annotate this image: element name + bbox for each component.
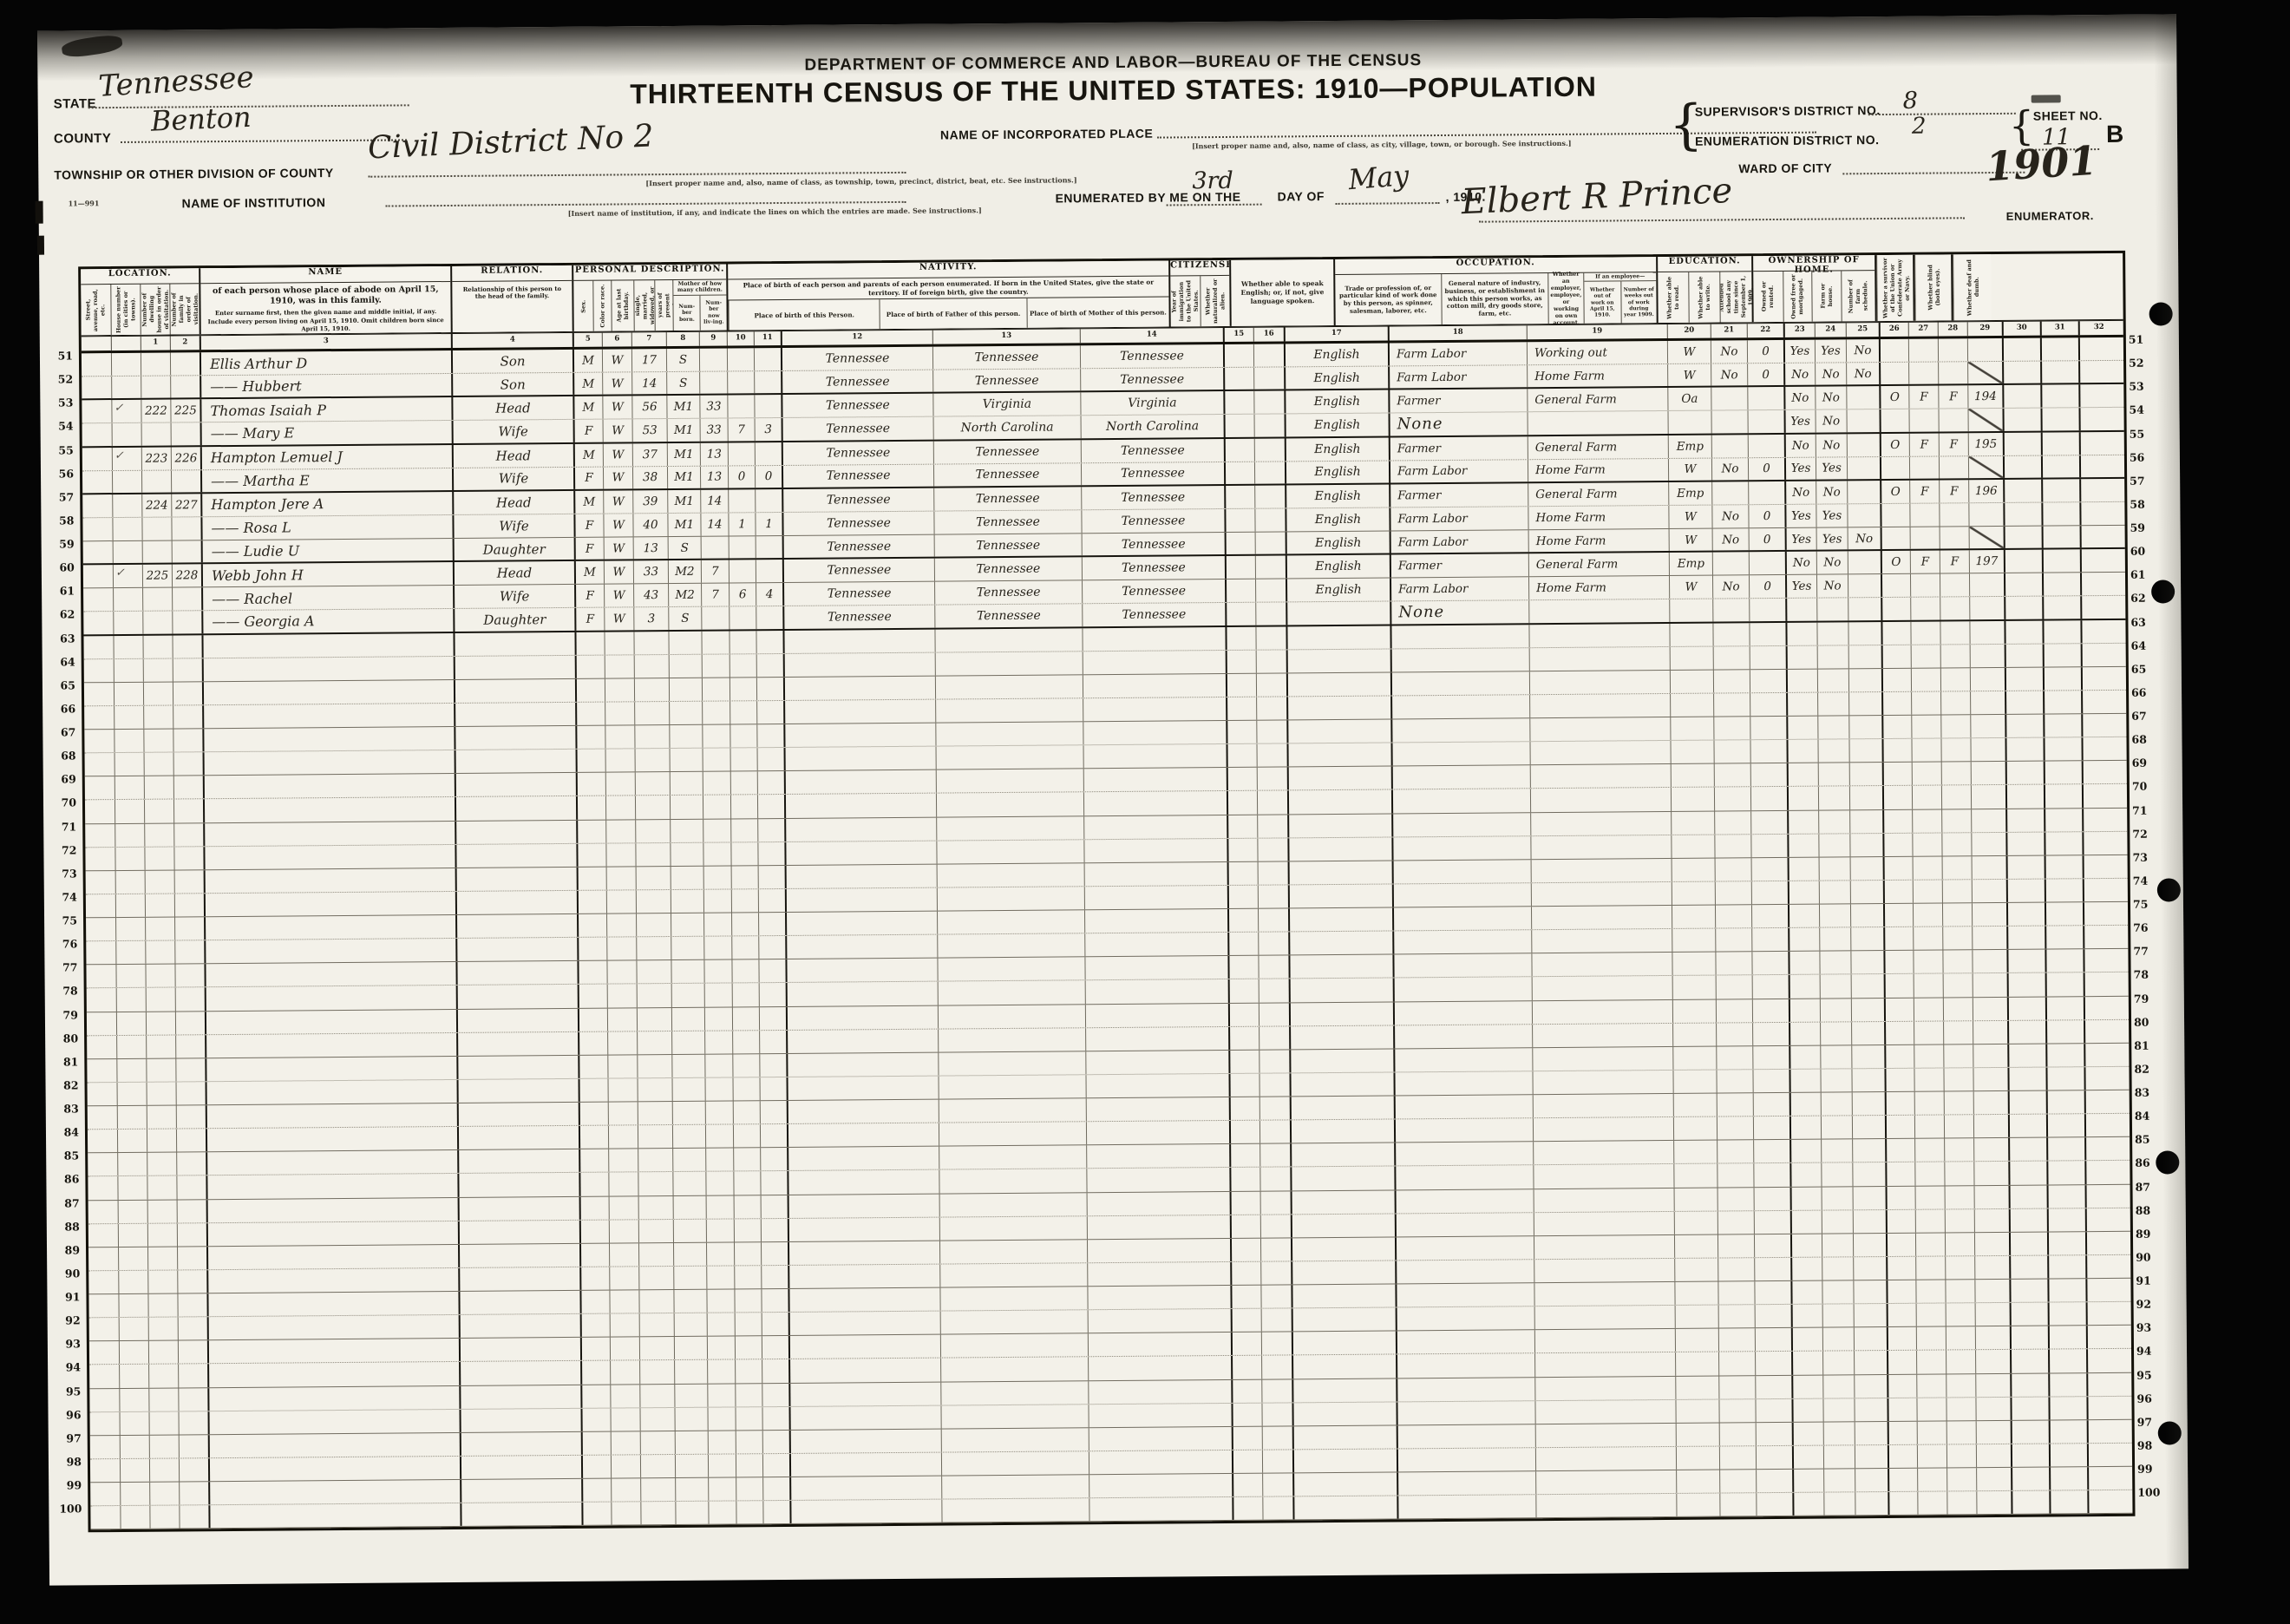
out_of_work-cell [1711, 435, 1748, 457]
line-number: 60 [50, 561, 76, 585]
enumerator-label: ENUMERATOR. [2006, 209, 2094, 223]
birth_self-cell [785, 887, 937, 911]
age-cell [634, 725, 669, 748]
group-body: of each person whose place of abode on A… [200, 282, 450, 334]
group-body: Whether able to read.Whether able to wri… [1658, 272, 1751, 323]
deaf-cell [2079, 455, 2119, 477]
children_living-cell [757, 795, 784, 817]
weeks_out-cell [1752, 1046, 1789, 1069]
birth_father-cell [937, 887, 1084, 910]
handwritten-value: 14 [642, 377, 657, 390]
header-group-ownership-of-home: OWNERSHIP OF HOME.Owned or rented.Owned … [1751, 255, 1875, 322]
survivor-cell [2005, 809, 2044, 831]
children_born-cell [730, 654, 756, 677]
relation-cell [454, 655, 575, 678]
farm_schedule-cell [1969, 620, 2004, 643]
birth_mother-cell [1083, 697, 1226, 721]
survivor-cell [2003, 432, 2041, 455]
age-cell [638, 1078, 672, 1101]
birth_father-column-header: Place of birth of Father of this person. [880, 298, 1027, 329]
line-number: 62 [50, 608, 76, 632]
naturalized-cell [1261, 1403, 1292, 1425]
yrs_married-cell [706, 1242, 734, 1265]
dwelling-cell [149, 1435, 179, 1457]
color-cell [606, 961, 636, 984]
age-cell [639, 1313, 674, 1336]
weeks_out-cell [1749, 599, 1785, 620]
employer-cell [1672, 1046, 1716, 1070]
employer-cell [1671, 835, 1714, 858]
street-cell [90, 1436, 120, 1458]
handwritten-value: North Carolina [1106, 419, 1199, 434]
age-cell: 17 [631, 349, 666, 371]
naturalized-cell [1255, 603, 1286, 625]
line-number: 95 [2133, 1368, 2159, 1392]
write-cell [1818, 787, 1849, 809]
street-cell [82, 400, 111, 422]
read-cell: No [1784, 434, 1816, 456]
line-number: 55 [49, 443, 75, 467]
yrs_married-cell [708, 1477, 736, 1500]
write-cell [1822, 1304, 1854, 1326]
english-cell [1287, 790, 1391, 814]
children_living-cell [761, 1289, 788, 1312]
home_free-column-header: Owned free or mortgaged. [1783, 272, 1812, 322]
weeks_out-cell [1755, 1328, 1791, 1351]
deaf-cell [2078, 337, 2118, 360]
home_free-cell [1913, 856, 1942, 879]
birth_father-cell [939, 1263, 1087, 1287]
dwelling-cell [144, 776, 173, 799]
relation-cell: Head [451, 396, 572, 420]
farm_house-cell: F [1939, 480, 1968, 502]
name-cell [208, 1503, 460, 1528]
deaf-column-header: Whether deaf and dumb. [1953, 254, 1993, 320]
group-label: OWNERSHIP OF HOME. [1753, 255, 1875, 272]
farm_house-cell [1942, 927, 1972, 949]
line-number: 91 [2132, 1274, 2158, 1298]
farm_schedule-cell [1974, 1280, 2009, 1302]
home_owned-cell [1884, 1045, 1914, 1068]
street-cell [87, 1059, 116, 1082]
handwritten-value: 4 [766, 587, 774, 601]
house-cell [115, 965, 145, 987]
write-cell [1822, 1234, 1853, 1256]
sex-cell [579, 1103, 608, 1125]
group-label: NAME [200, 266, 450, 284]
children_living-cell [760, 1124, 787, 1147]
color-cell [606, 890, 636, 913]
weeks_out-cell [1751, 858, 1788, 881]
street-cell [90, 1483, 120, 1505]
nativity-cols: Place of birth of this Person.Place of b… [728, 297, 1168, 330]
birth_self-cell [789, 1500, 941, 1523]
school-cell [1849, 786, 1882, 809]
read-cell [1785, 599, 1816, 620]
farm_house-cell [1940, 645, 1970, 667]
dwelling-cell: 223 [141, 447, 171, 469]
handwritten-value: Tennessee [1122, 514, 1186, 528]
birth_self-cell [787, 1170, 939, 1194]
farm_house-cell: F [1940, 550, 1969, 573]
blind-cell [2043, 691, 2081, 713]
birth_mother-cell [1083, 721, 1226, 744]
header-group-nativity: NATIVITY.Place of birth of each person a… [726, 260, 1169, 330]
birth_mother-cell: North Carolina [1081, 415, 1224, 437]
relation-cell [459, 1314, 580, 1338]
home_owned-cell: O [1880, 481, 1909, 503]
immigration-cell [1230, 1238, 1260, 1261]
color-cell [605, 843, 635, 866]
handwritten-value: Farmer [1397, 442, 1441, 455]
naturalized-cell [1259, 1003, 1289, 1025]
line-number: 60 [2127, 545, 2153, 568]
punch-hole [2156, 1150, 2179, 1174]
english-column-header: Whether able to speak English; or, if no… [1231, 259, 1334, 326]
handwritten-value: F [586, 541, 594, 555]
write-cell: Yes [1816, 504, 1847, 527]
trade-cell [1393, 1001, 1532, 1025]
house-cell [116, 1035, 146, 1058]
school-cell [1855, 1445, 1888, 1468]
marital-cell [675, 1478, 708, 1501]
home_free-cell [1916, 1351, 1946, 1373]
read-cell [1791, 1305, 1822, 1327]
name-cell: —— Ludie U [201, 539, 453, 562]
naturalized-cell [1257, 791, 1287, 814]
handwritten-value: Wife [500, 589, 530, 605]
children_living-cell [760, 1148, 787, 1170]
industry-cell [1528, 411, 1668, 434]
farm_schedule-cell [1973, 1021, 2007, 1044]
blind-cell [2044, 761, 2082, 783]
immigration-cell [1227, 886, 1258, 908]
out_of_work-cell [1714, 763, 1750, 786]
street-cell [86, 894, 115, 917]
weeks_out-cell: 0 [1747, 340, 1783, 363]
handwritten-value: North Carolina [961, 420, 1054, 435]
home_free-cell [1914, 1068, 1943, 1090]
children_living-cell [758, 936, 785, 959]
blind-cell [2044, 832, 2082, 855]
naturalized-cell [1257, 838, 1287, 861]
english-cell [1292, 1472, 1397, 1496]
handwritten-value: 0 [765, 469, 773, 483]
blind-column-desc: Whether blind (both eyes). [1927, 256, 1941, 318]
out_of_work-cell [1717, 1116, 1753, 1139]
handwritten-value: S [679, 353, 687, 367]
age-cell [637, 1055, 671, 1077]
immigration-cell [1225, 533, 1255, 554]
farm_house-cell [1943, 1044, 1973, 1067]
children_born-column-header: Num-ber born. [673, 296, 700, 331]
school-cell [1851, 1069, 1884, 1091]
street-cell [83, 636, 113, 658]
handwritten-value: M1 [674, 494, 694, 508]
farm_house-cell [1946, 1398, 1975, 1420]
blind-cell [2047, 1279, 2085, 1301]
yrs_married-cell [701, 631, 729, 653]
farm_schedule-cell [1968, 456, 2003, 478]
trade-cell [1394, 1142, 1533, 1165]
write-cell [1822, 1375, 1854, 1398]
naturalized-cell [1255, 532, 1286, 553]
age-cell: 37 [632, 443, 667, 466]
immigration-cell [1223, 391, 1253, 414]
home_owned-cell [1882, 786, 1912, 809]
dwelling-cell [144, 753, 173, 776]
school-cell [1848, 551, 1881, 573]
birth_self-cell: Tennessee [781, 394, 932, 417]
family-cell [172, 635, 201, 658]
school-cell [1848, 622, 1881, 645]
yrs_married-cell [702, 654, 730, 677]
write-cell: No [1816, 575, 1848, 598]
write-cell [1820, 999, 1851, 1021]
farm_house-cell [1946, 1351, 1975, 1373]
handwritten-value: 33 [706, 400, 721, 414]
home_free-cell [1912, 786, 1941, 809]
birth_father-cell [940, 1358, 1088, 1381]
sex-cell [577, 938, 606, 960]
if-employee-label: If an employee— [1584, 272, 1656, 282]
yrs_married-cell: 33 [699, 396, 727, 418]
line-number: 93 [2133, 1321, 2159, 1345]
color-cell [607, 1031, 637, 1054]
read-cell [1791, 1375, 1822, 1398]
family-cell: 228 [172, 564, 201, 586]
industry-cell [1534, 1306, 1675, 1329]
handwritten-value: No [1824, 580, 1842, 593]
naturalized-cell [1261, 1379, 1292, 1402]
birth_mother-cell [1087, 1286, 1230, 1309]
house-cell [114, 658, 143, 681]
english-cell: English [1284, 390, 1388, 414]
survivor-cell [2007, 1044, 2045, 1066]
handwritten-value: Yes [1791, 532, 1811, 546]
out_of_work-cell: No [1711, 363, 1747, 385]
employer-cell [1676, 1494, 1719, 1517]
birth_father-cell [938, 1051, 1085, 1075]
punch-hole [2158, 1421, 2182, 1444]
handwritten-value: Head [495, 401, 531, 416]
farm_house-column-desc: Farm or house. [1819, 272, 1834, 319]
farm_schedule-cell [1968, 503, 2003, 526]
yrs_married-cell [703, 842, 730, 865]
write-cell [1821, 1092, 1852, 1115]
read-cell [1785, 622, 1816, 645]
survivor-cell [2006, 903, 2045, 926]
naturalized-cell [1262, 1450, 1292, 1472]
trade-cell [1397, 1424, 1535, 1448]
home_owned-cell [1886, 1234, 1915, 1256]
yrs_married-cell [706, 1289, 734, 1312]
family-cell [173, 823, 203, 846]
farm_house-cell [1938, 362, 1967, 383]
out_of_work-cell [1711, 481, 1748, 504]
deaf-cell [2085, 1279, 2125, 1301]
dwelling-cell: 224 [141, 494, 171, 516]
handwritten-value: Tennessee [827, 540, 891, 554]
sex-cell [577, 961, 606, 984]
name-cell [204, 868, 455, 893]
read-cell [1787, 834, 1818, 856]
farm_house-cell [1940, 527, 1969, 548]
employer-cell [1672, 953, 1715, 976]
handwritten-value: No [1855, 367, 1872, 381]
print-smudge [2032, 95, 2061, 102]
children_born-cell [727, 371, 754, 393]
survivor-cell [2009, 1232, 2047, 1254]
age-cell [639, 1384, 674, 1406]
write-cell [1817, 692, 1848, 715]
weeks_out-cell [1750, 693, 1786, 716]
dwelling-cell: 222 [141, 400, 170, 422]
children_born-cell: 0 [728, 466, 755, 488]
sex-cell [576, 820, 605, 842]
handwritten-value: 0 [1763, 580, 1771, 593]
deaf-cell [2083, 926, 2123, 948]
age-cell: 56 [631, 396, 666, 418]
dwelling-cell [145, 894, 174, 916]
deaf-cell [2084, 972, 2123, 995]
handwritten-value: General Farm [1535, 440, 1617, 455]
sex-cell [580, 1361, 610, 1384]
day-line [1167, 204, 1262, 206]
english-cell: English [1285, 507, 1389, 531]
birth_mother-cell [1087, 1239, 1230, 1262]
birth_father-cell [941, 1475, 1089, 1498]
age-cell: 43 [633, 584, 668, 606]
street-column-desc: Street, avenue, road, etc. [85, 286, 108, 333]
birth_self-cell [785, 935, 937, 959]
relation-cell [455, 914, 577, 938]
home_owned-cell [1886, 1280, 1915, 1303]
age-cell [636, 960, 671, 983]
handwritten-value: Farmer [1398, 559, 1442, 573]
home_owned-cell [1887, 1374, 1916, 1397]
house-cell [118, 1223, 147, 1246]
birth_self-cell [787, 1147, 939, 1170]
employer-cell [1674, 1211, 1717, 1234]
deaf-cell [2082, 831, 2122, 854]
survivor-cell [2007, 973, 2045, 996]
dwelling-cell [148, 1388, 178, 1411]
marital-cell [671, 890, 703, 913]
survivor-cell [2008, 1162, 2046, 1184]
age-cell: 39 [632, 490, 667, 513]
read-cell: Yes [1783, 410, 1815, 432]
deaf-cell [2084, 1067, 2123, 1090]
children_living-cell [759, 983, 786, 1005]
family-cell [173, 682, 202, 704]
line-number: 61 [50, 585, 76, 608]
immigration-cell [1225, 580, 1255, 602]
column-number [111, 337, 141, 350]
out_of_work-cell [1713, 740, 1750, 763]
home_owned-cell [1883, 857, 1913, 880]
deaf-cell [2087, 1467, 2127, 1490]
english-cell [1288, 907, 1392, 931]
farm_house-cell [1941, 833, 1971, 855]
farm_house-cell [1943, 974, 1973, 997]
name-cell [206, 1103, 457, 1128]
farm_house-cell [1945, 1280, 1974, 1302]
write-cell [1822, 1257, 1853, 1280]
immigration-cell [1232, 1450, 1262, 1473]
dwelling-cell [143, 682, 173, 704]
industry-cell [1535, 1470, 1676, 1494]
street-column-header: Street, avenue, road, etc. [81, 285, 110, 335]
naturalized-cell [1253, 368, 1284, 390]
children_born-cell [734, 1219, 761, 1241]
marital-cell [674, 1360, 707, 1383]
write-cell [1822, 1210, 1853, 1233]
trade-column-header: Trade or profession of, or particular ki… [1335, 274, 1441, 325]
trade-cell [1391, 789, 1530, 813]
naturalized-cell [1260, 1261, 1291, 1284]
farm_house-cell [1946, 1374, 1975, 1397]
trade-cell [1390, 625, 1528, 648]
line-number: 56 [2126, 450, 2152, 474]
trade-cell [1392, 953, 1531, 977]
employer-cell: Emp [1668, 481, 1711, 505]
children_born-cell [730, 701, 756, 724]
house-cell [119, 1318, 148, 1340]
family-cell [176, 1105, 206, 1128]
handwritten-value: W [1685, 580, 1698, 594]
immigration-cell [1227, 838, 1257, 861]
marital-cell [671, 960, 703, 983]
out_of_work-cell [1717, 1258, 1754, 1280]
handwritten-value: F [586, 589, 594, 603]
birth_mother-cell [1089, 1474, 1232, 1497]
birth_mother-cell: Tennessee [1082, 580, 1225, 603]
birth_self-cell [783, 724, 935, 747]
home_free-cell [1908, 363, 1938, 384]
family-cell: 225 [170, 400, 200, 422]
survivor-cell [2003, 455, 2041, 477]
out_of_work-cell [1718, 1352, 1755, 1375]
english-cell [1288, 955, 1392, 979]
write-cell: No [1816, 434, 1847, 456]
handwritten-value: English [1314, 395, 1360, 409]
header-group-education: EDUCATION.Whether able to read.Whether a… [1656, 256, 1752, 323]
handwritten-value: 196 [1975, 484, 1998, 498]
out_of_work-cell [1714, 811, 1750, 834]
stamp-number: 1901 [1985, 137, 2098, 191]
incorporated-place-label: NAME OF INCORPORATED PLACE [940, 127, 1153, 142]
blind-cell [2042, 526, 2080, 547]
marital-cell [674, 1313, 707, 1336]
marital-cell [672, 1172, 705, 1195]
house-cell [111, 353, 141, 376]
column-number: 23 [1783, 324, 1815, 337]
blind-cell [2042, 573, 2080, 595]
sex-cell [581, 1455, 611, 1477]
school-cell [1854, 1375, 1887, 1398]
birth_self-cell [788, 1241, 939, 1264]
deaf-cell [2078, 384, 2118, 407]
children_living-cell [762, 1454, 789, 1477]
street-cell [89, 1318, 119, 1340]
weeks_out-cell [1750, 787, 1787, 809]
handwritten-value: S [679, 377, 687, 390]
birth_father-cell [935, 652, 1083, 675]
naturalized-cell [1260, 1285, 1291, 1307]
handwritten-value: Tennessee [826, 375, 890, 390]
immigration-cell [1225, 626, 1255, 649]
